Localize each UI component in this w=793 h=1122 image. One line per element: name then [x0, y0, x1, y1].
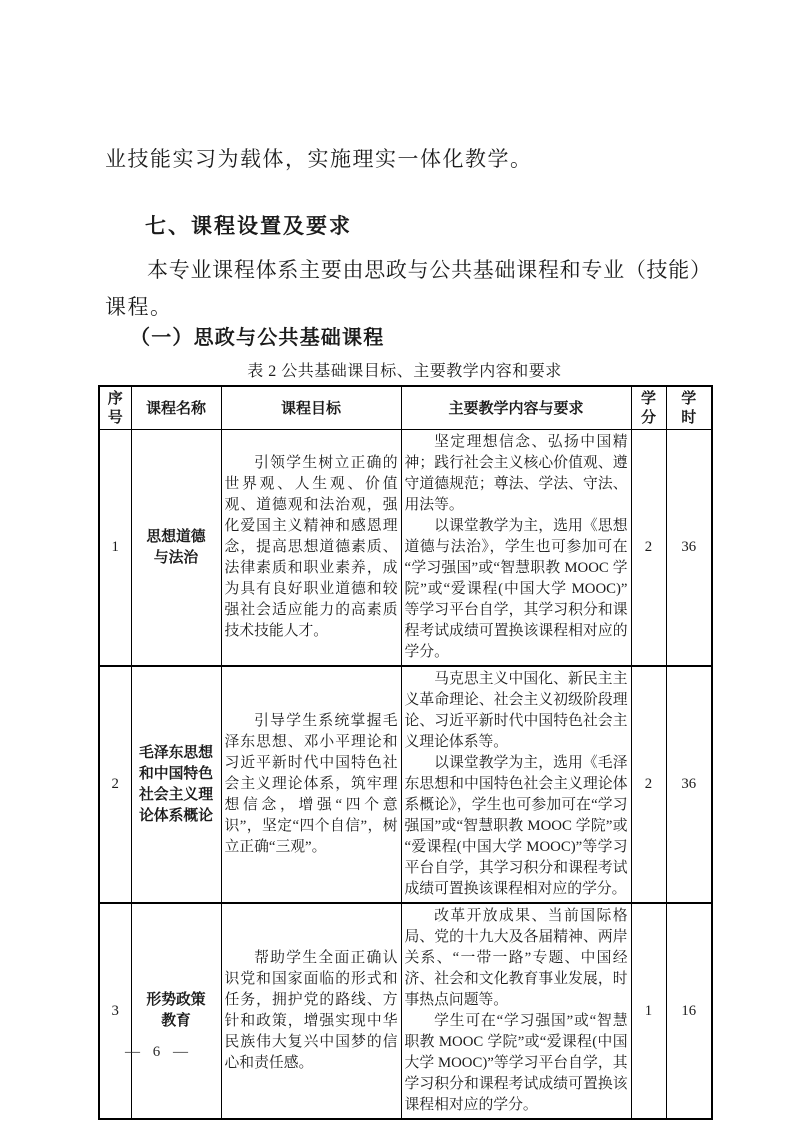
- table-row: 1 思想道德 与法治 引领学生树立正确的世界观、人生观、价值观、道德观和法治观，…: [99, 430, 712, 667]
- header-main-content: 主要教学内容与要求: [401, 386, 631, 430]
- document-page: 业技能实习为载体，实施理实一体化教学。 七、课程设置及要求 本专业课程体系主要由…: [0, 0, 793, 1122]
- section-heading: 七、课程设置及要求: [145, 214, 711, 240]
- course-credits: 1: [631, 903, 666, 1119]
- goal-paragraph: 引导学生系统掌握毛泽东思想、邓小平理论和习近平新时代中国特色社会主义理论体系，筑…: [225, 711, 398, 858]
- header-course-goal: 课程目标: [221, 386, 401, 430]
- content-paragraph-2: 学生可在“学习强国”或“智慧职教 MOOC 学院”或“爱课程(中国大学 MOOC…: [405, 1011, 628, 1116]
- course-content: 马克思主义中国化、新民主主义革命理论、社会主义初级阶段理论、习近平新时代中国特色…: [401, 666, 631, 903]
- table-row: 2 毛泽东思想 和中国特色 社会主义理 论体系概论 引导学生系统掌握毛泽东思想、…: [99, 666, 712, 903]
- table-header-row: 序 号 课程名称 课程目标 主要教学内容与要求 学 分 学 时: [99, 386, 712, 430]
- content-paragraph-1: 马克思主义中国化、新民主主义革命理论、社会主义初级阶段理论、习近平新时代中国特色…: [405, 669, 628, 753]
- course-content: 改革开放成果、当前国际格局、党的十九大及各届精神、两岸关系、“一带一路”专题、中…: [401, 903, 631, 1119]
- header-no: 序 号: [99, 386, 131, 430]
- header-course-name: 课程名称: [131, 386, 221, 430]
- header-credits: 学 分: [631, 386, 666, 430]
- course-name: 思想道德 与法治: [131, 430, 221, 667]
- page-number: — 6 —: [125, 1044, 189, 1061]
- course-hours: 36: [666, 430, 712, 667]
- goal-paragraph: 引领学生树立正确的世界观、人生观、价值观、道德观和法治观，强化爱国主义精神和感恩…: [225, 453, 398, 642]
- header-hours: 学 时: [666, 386, 712, 430]
- body-paragraph-line-2: 课程。: [105, 294, 711, 320]
- content-paragraph-2: 以课堂教学为主，选用《毛泽东思想和中国特色社会主义理论体系概论》，学生也可参加可…: [405, 753, 628, 900]
- course-hours: 16: [666, 903, 712, 1119]
- table-row: 3 形势政策 教育 帮助学生全面正确认识党和国家面临的形式和任务，拥护党的路线、…: [99, 903, 712, 1119]
- course-name: 毛泽东思想 和中国特色 社会主义理 论体系概论: [131, 666, 221, 903]
- content-paragraph-1: 改革开放成果、当前国际格局、党的十九大及各届精神、两岸关系、“一带一路”专题、中…: [405, 906, 628, 1011]
- course-content: 坚定理想信念、弘扬中国精神；践行社会主义核心价值观、遵守道德规范；尊法、学法、守…: [401, 430, 631, 667]
- course-name: 形势政策 教育: [131, 903, 221, 1119]
- course-goal: 帮助学生全面正确认识党和国家面临的形式和任务，拥护党的路线、方针和政策，增强实现…: [221, 903, 401, 1119]
- goal-paragraph: 帮助学生全面正确认识党和国家面临的形式和任务，拥护党的路线、方针和政策，增强实现…: [225, 948, 398, 1074]
- course-goal: 引导学生系统掌握毛泽东思想、邓小平理论和习近平新时代中国特色社会主义理论体系，筑…: [221, 666, 401, 903]
- course-goal: 引领学生树立正确的世界观、人生观、价值观、道德观和法治观，强化爱国主义精神和感恩…: [221, 430, 401, 667]
- content-paragraph-1: 坚定理想信念、弘扬中国精神；践行社会主义核心价值观、遵守道德规范；尊法、学法、守…: [405, 432, 628, 516]
- course-credits: 2: [631, 666, 666, 903]
- continuation-paragraph-line: 业技能实习为载体，实施理实一体化教学。: [105, 146, 711, 172]
- body-paragraph-line-1: 本专业课程体系主要由思政与公共基础课程和专业（技能）: [105, 257, 711, 283]
- public-basic-course-table: 序 号 课程名称 课程目标 主要教学内容与要求 学 分 学 时 1 思想道德 与…: [98, 385, 713, 1120]
- row-no: 2: [99, 666, 131, 903]
- subsection-heading: （一）思政与公共基础课程: [130, 325, 711, 351]
- row-no: 3: [99, 903, 131, 1119]
- row-no: 1: [99, 430, 131, 667]
- course-hours: 36: [666, 666, 712, 903]
- table-caption: 表 2 公共基础课目标、主要教学内容和要求: [98, 362, 711, 382]
- course-credits: 2: [631, 430, 666, 667]
- content-paragraph-2: 以课堂教学为主，选用《思想道德与法治》，学生也可参加可在“学习强国”或“智慧职教…: [405, 516, 628, 663]
